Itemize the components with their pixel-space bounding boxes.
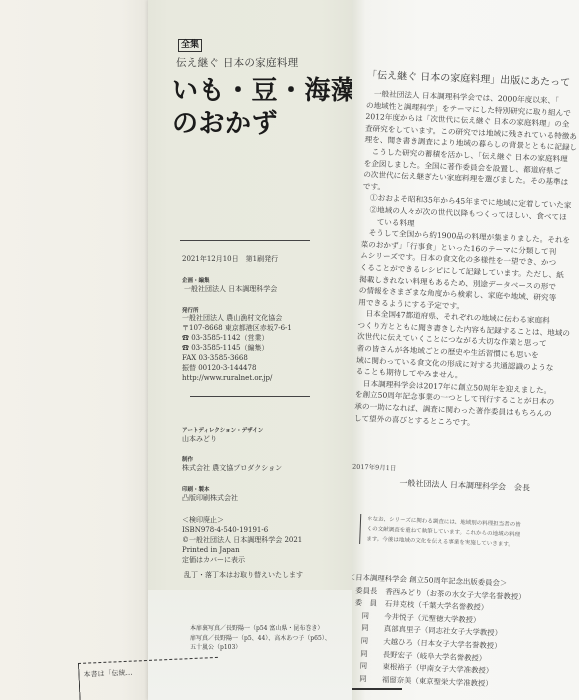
design-label: アートディレクション・デザイン [182,426,263,434]
foreword-signature: 一般社団法人 日本調理科学会 会長 [399,477,530,493]
production-value: 株式会社 農文協プロダクション [182,463,282,473]
committee-list: ＜日本調理科学会 創立50周年記念出版委員会＞ 委員長 香西みどり（お茶の水女子… [352,572,526,692]
divider-top [180,240,310,241]
divider-middle [190,396,310,397]
foreword-date: 2017年9月1日 [352,462,397,473]
photo-credits: 本扉裏写真／長野陽一（p54 富山県・昆布巻き） 扉写真／長野陽一（p5、44）… [190,624,331,653]
isbn: ISBN978-4-540-19191-6 [182,525,302,535]
colophon-page: 全集 伝え継ぐ 日本の家庭料理 いも・豆・海藻 のおかず 2021年12月10日… [148,0,352,700]
publisher-block: 一般社団法人 農山漁村文化協会 〒107-8668 東京都港区赤坂7-6-1 ☎… [182,313,292,383]
member-role: 同 [352,622,384,636]
foreword-note: ＊なお、シリーズに関わる調査には、地域別の料理担当者の皆 くの文献調査を重ねて執… [359,514,570,552]
foreword: 「伝え継ぐ 日本の家庭料理」出版にあたって 一般社団法人 日本調理科学会では、2… [370,0,579,9]
planning-value: 一般社団法人 日本調理科学会 [184,284,277,294]
publisher-fax: FAX 03-3585-3668 [182,353,292,363]
book-title: いも・豆・海藻 のおかず [172,75,352,141]
printed-in: Printed in Japan [182,545,302,555]
printing-value: 凸版印刷株式会社 [182,493,238,503]
isbn-block: ＜検印廃止＞ ISBN978-4-540-19191-6 ©一般社団法人 日本調… [182,515,302,565]
publisher-line: 一般社団法人 農山漁村文化協会 [182,313,292,323]
publication-date: 2021年12月10日 第1刷発行 [182,254,278,264]
page-edge-shadow [352,688,402,690]
book-title-line1: いも・豆・海藻 [172,75,352,108]
price-note: 定価はカバーに表示 [182,555,302,565]
publisher-transfer: 振替 00120-3-144478 [182,363,292,373]
publisher-address: 〒107-8668 東京都港区赤坂7-6-1 [182,323,292,333]
foreword-title: 「伝え継ぐ 日本の家庭料理」出版にあたって [367,66,571,89]
production-label: 制作 [182,455,193,463]
left-blank-page [0,0,152,700]
member-role: 同 [352,647,383,661]
obi-band-text: 本書は「伝統… [83,668,132,680]
series-badge: 全集 [178,39,202,52]
member-role: 委員長 [352,584,386,598]
no-seal-note: ＜検印廃止＞ [182,515,302,525]
publisher-phone-editorial: ☎ 03-3585-1145（編集） [182,343,292,353]
photo-credit-line: 扉写真／長野陽一（p5、44）、高木あつ子（p65）、 [190,634,331,644]
publisher-url: http://www.ruralnet.or.jp/ [182,373,292,383]
foreword-body: 一般社団法人 日本調理科学会では、2000年度以来、「 の地域性と調理科学」をテ… [354,88,579,433]
obi-band-edge: 本書は「伝統… [78,657,220,700]
book-title-line2: のおかず [172,108,352,141]
member-role: 同 [352,660,383,674]
series-name: 伝え継ぐ 日本の家庭料理 [176,55,298,70]
photo-credit-line: 五十嵐公（p103） [190,643,331,653]
publisher-phone-sales: ☎ 03-3585-1142（営業） [182,333,292,343]
member-role: 同 [352,672,382,686]
photo-credit-line: 本扉裏写真／長野陽一（p54 富山県・昆布巻き） [190,624,331,634]
replace-note: 乱丁・落丁本はお取り替えいたします [184,570,303,580]
member-role: 同 [352,635,384,649]
design-value: 山本みどり [182,434,217,444]
foreword-page: 「伝え継ぐ 日本の家庭料理」出版にあたって 一般社団法人 日本調理科学会では、2… [352,0,579,700]
member-role: 委 員 [352,597,385,611]
printing-label: 印刷・製本 [182,485,210,493]
copyright: ©一般社団法人 日本調理科学会 2021 [182,535,302,545]
member-role: 同 [352,609,385,623]
planning-label: 企画・編集 [182,276,210,284]
